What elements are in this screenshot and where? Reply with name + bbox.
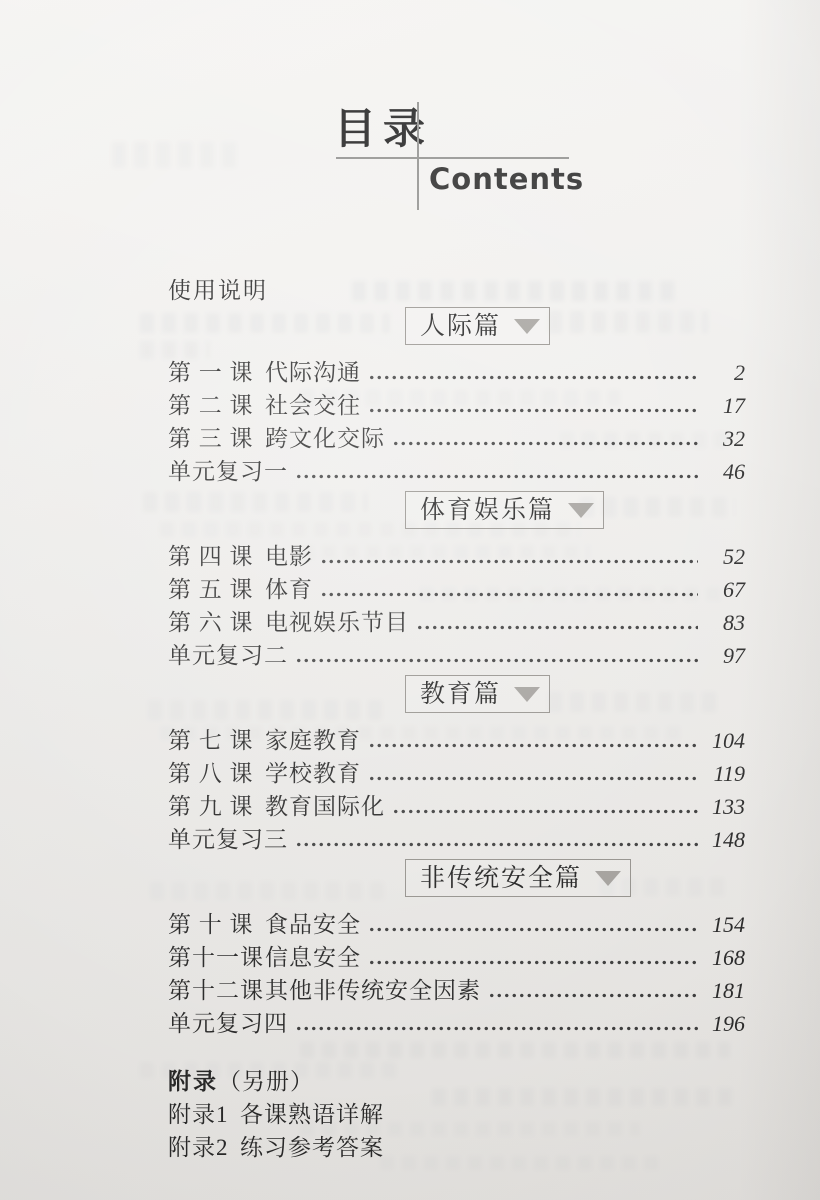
section-box: 非传统安全篇 [405,859,631,897]
lesson-number: 第 二 课 [168,392,265,420]
lesson-title: 代际沟通 [265,359,361,387]
toc-entry: 第十一课 信息安全 168 [168,944,745,972]
lesson-title: 电影 [265,543,313,571]
page-number: 46 [707,458,745,486]
toc-entry: 第 八 课 学校教育 119 [168,760,745,788]
lesson-title: 社会交往 [265,392,361,420]
toc-entry: 第 五 课 体育 67 [168,576,745,604]
dot-leader [295,1026,698,1031]
section-label: 教育篇 [420,682,501,707]
page-number: 17 [707,392,745,420]
review-title: 单元复习二 [168,642,288,670]
section-header-row: 教育篇 [168,675,745,713]
lesson-number: 第 一 课 [168,359,265,387]
lesson-number: 第 五 课 [168,576,265,604]
lesson-title: 食品安全 [265,911,361,939]
toc-entry: 第 一 课 代际沟通 2 [168,359,745,387]
section-label: 非传统安全篇 [420,866,582,891]
lesson-title: 其他非传统安全因素 [265,977,481,1005]
review-title: 单元复习四 [168,1010,288,1038]
toc-entry-review: 单元复习二 97 [168,642,745,670]
header-vertical-rule [417,102,419,210]
toc-entry: 第 六 课 电视娱乐节目 83 [168,609,745,637]
appendix-title: 各课熟语详解 [240,1101,384,1129]
page-number: 181 [707,977,745,1005]
lesson-number: 第十一课 [168,944,265,972]
lesson-number: 第 三 课 [168,425,265,453]
appendix-item: 附录1 各课熟语详解 [168,1101,745,1129]
lesson-title: 电视娱乐节目 [265,609,409,637]
dot-leader [368,960,698,965]
lesson-number: 第 七 课 [168,727,265,755]
lesson-title: 学校教育 [265,760,361,788]
dot-leader [368,927,698,932]
lesson-title: 跨文化交际 [265,425,385,453]
lesson-title: 体育 [265,576,313,604]
appendix-item: 附录2 练习参考答案 [168,1134,745,1162]
page-number: 133 [707,793,745,821]
lesson-number: 第 八 课 [168,760,265,788]
lesson-title: 信息安全 [265,944,361,972]
dot-leader [392,809,698,814]
dot-leader [368,743,698,748]
dot-leader [320,592,698,597]
toc-body: 使用说明 人际篇 第 一 课 代际沟通 2 第 二 课 社会交往 17 第 三 … [168,279,745,1167]
appendix-heading-note: （另册） [218,1069,314,1094]
toc-entry: 第 十 课 食品安全 154 [168,911,745,939]
appendix-number: 附录2 [168,1134,240,1162]
lesson-number: 第 六 课 [168,609,265,637]
showthrough-blot [112,142,242,168]
usage-note: 使用说明 [168,279,745,303]
section-header-row: 非传统安全篇 [168,859,745,897]
section-box: 体育娱乐篇 [405,491,604,529]
triangle-down-icon [595,871,621,886]
dot-leader [295,474,698,479]
section-box: 人际篇 [405,307,550,345]
section-header-row: 人际篇 [168,307,745,345]
toc-entry: 第 七 课 家庭教育 104 [168,727,745,755]
header-horizontal-rule [336,157,569,159]
page-number: 52 [707,543,745,571]
toc-entry-review: 单元复习三 148 [168,826,745,854]
toc-entry: 第 二 课 社会交往 17 [168,392,745,420]
page-number: 168 [707,944,745,972]
appendix-heading-main: 附录 [168,1069,218,1094]
lesson-number: 第 四 课 [168,543,265,571]
triangle-down-icon [514,687,540,702]
triangle-down-icon [568,503,594,518]
toc-entry: 第十二课 其他非传统安全因素 181 [168,977,745,1005]
lesson-number: 第 十 课 [168,911,265,939]
dot-leader [295,842,698,847]
dot-leader [416,625,698,630]
section-label: 人际篇 [420,314,501,339]
page-number: 196 [707,1010,745,1038]
page-title-english: Contents [429,162,584,196]
toc-entry-review: 单元复习一 46 [168,458,745,486]
appendix-heading: 附录（另册） [168,1068,745,1096]
dot-leader [368,776,698,781]
dot-leader [392,441,698,446]
lesson-number: 第十二课 [168,977,265,1005]
triangle-down-icon [514,319,540,334]
page-number: 97 [707,642,745,670]
section-box: 教育篇 [405,675,550,713]
page-number: 2 [707,359,745,387]
dot-leader [368,408,698,413]
page-number: 119 [707,760,745,788]
lesson-title: 家庭教育 [265,727,361,755]
dot-leader [295,658,698,663]
toc-entry: 第 九 课 教育国际化 133 [168,793,745,821]
toc-entry-review: 单元复习四 196 [168,1010,745,1038]
page-number: 154 [707,911,745,939]
review-title: 单元复习一 [168,458,288,486]
page-number: 104 [707,727,745,755]
lesson-number: 第 九 课 [168,793,265,821]
toc-entry: 第 三 课 跨文化交际 32 [168,425,745,453]
appendix-number: 附录1 [168,1101,240,1129]
book-toc-page: 目录 Contents 使用说明 人际篇 第 一 课 代际沟通 2 第 二 课 … [0,0,820,1200]
dot-leader [320,559,698,564]
page-number: 148 [707,826,745,854]
appendix-title: 练习参考答案 [240,1134,384,1162]
section-header-row: 体育娱乐篇 [168,491,745,529]
toc-entry: 第 四 课 电影 52 [168,543,745,571]
review-title: 单元复习三 [168,826,288,854]
lesson-title: 教育国际化 [265,793,385,821]
page-number: 67 [707,576,745,604]
section-label: 体育娱乐篇 [420,498,555,523]
page-number: 32 [707,425,745,453]
dot-leader [488,993,698,998]
page-number: 83 [707,609,745,637]
dot-leader [368,375,698,380]
